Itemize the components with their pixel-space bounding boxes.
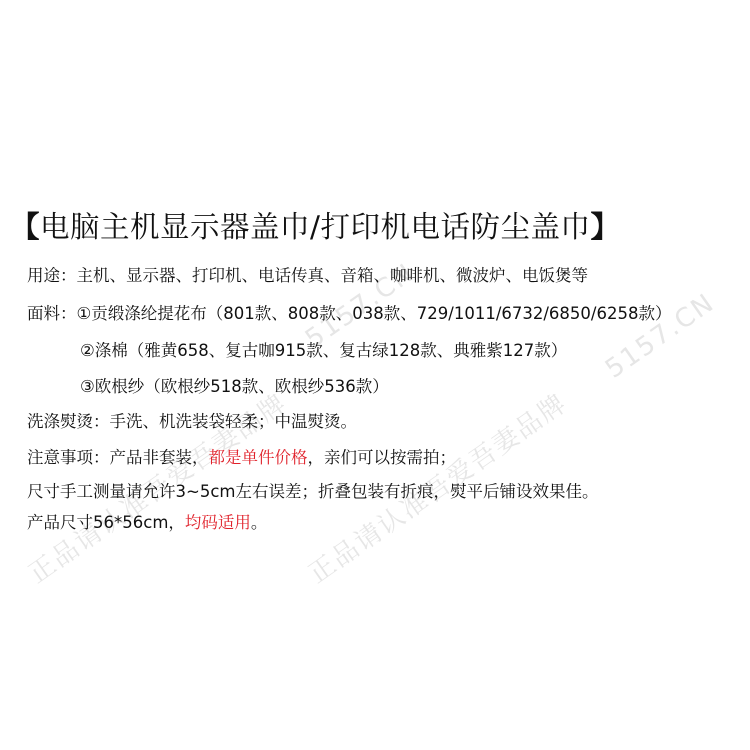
notice-highlight: 都是单件价格 <box>209 448 308 467</box>
fabric-line-3: ③欧根纱（欧根纱518款、欧根纱536款） <box>80 375 389 399</box>
fabric-line-1: 面料：①贡缎涤纶提花布（801款、808款、038款、729/1011/6732… <box>27 302 671 326</box>
fabric-label: 面料： <box>27 304 77 323</box>
size-highlight: 均码适用 <box>185 513 251 532</box>
notice-line: 注意事项：产品非套装，都是单件价格，亲们可以按需拍； <box>27 446 456 470</box>
usage-line: 用途：主机、显示器、打印机、电话传真、音箱、咖啡机、微波炉、电饭煲等 <box>27 264 588 288</box>
title-close-bracket: 】 <box>590 210 620 244</box>
title-open-bracket: 【 <box>10 210 40 244</box>
size-value-end: 。 <box>251 513 268 532</box>
notice-label: 注意事项： <box>27 448 110 467</box>
size-note-line: 尺寸手工测量请允许3~5cm左右误差；折叠包装有折痕，熨平后铺设效果佳。 <box>27 480 598 504</box>
size-line: 产品尺寸56*56cm，均码适用。 <box>27 511 267 535</box>
notice-value-end: ，亲们可以按需拍； <box>308 448 457 467</box>
fabric-option-3: ③欧根纱（欧根纱518款、欧根纱536款） <box>80 377 389 396</box>
product-title: 【电脑主机显示器盖巾/打印机电话防尘盖巾】 <box>10 207 620 247</box>
fabric-option-2: ②涤棉（雅黄658、复古咖915款、复古绿128款、典雅紫127款） <box>80 341 567 360</box>
notice-value: 产品非套装， <box>110 448 209 467</box>
fabric-line-2: ②涤棉（雅黄658、复古咖915款、复古绿128款、典雅紫127款） <box>80 339 567 363</box>
usage-label: 用途： <box>27 266 77 285</box>
washing-label: 洗涤熨烫： <box>27 412 110 431</box>
size-note: 尺寸手工测量请允许3~5cm左右误差；折叠包装有折痕，熨平后铺设效果佳。 <box>27 482 598 501</box>
washing-value: 手洗、机洗装袋轻柔；中温熨烫。 <box>110 412 358 431</box>
fabric-option-1: ①贡缎涤纶提花布（801款、808款、038款、729/1011/6732/68… <box>77 304 672 323</box>
washing-line: 洗涤熨烫：手洗、机洗装袋轻柔；中温熨烫。 <box>27 410 357 434</box>
usage-value: 主机、显示器、打印机、电话传真、音箱、咖啡机、微波炉、电饭煲等 <box>77 266 589 285</box>
title-text: 电脑主机显示器盖巾/打印机电话防尘盖巾 <box>40 210 590 244</box>
size-value: 产品尺寸56*56cm， <box>27 513 185 532</box>
